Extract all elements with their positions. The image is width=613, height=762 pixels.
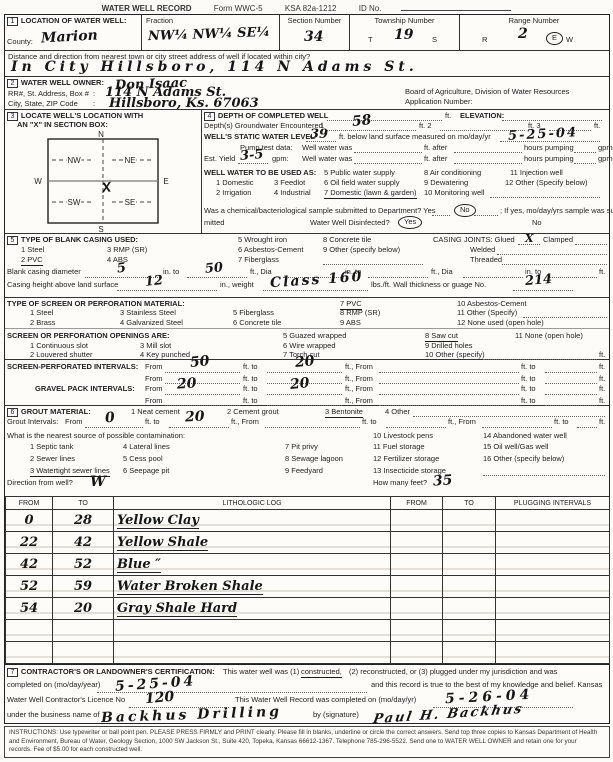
screen-material-3: 3 Stainless Steel (120, 308, 176, 317)
section2-owner-row: 2WATER WELL OWNER: Don Isaac RR#, St. Ad… (5, 77, 609, 110)
section6-heading: GROUT MATERIAL: (21, 407, 91, 416)
contamination-16-blank (483, 467, 605, 476)
gi2-to-blank (267, 397, 342, 406)
section1-number: 1 (7, 17, 18, 26)
section6-grout: 6GROUT MATERIAL: 1 Neat cement 2 Cement … (5, 406, 609, 497)
gi2-ftto-label: ft. to (243, 396, 258, 405)
range-number-label: Range Number (460, 16, 608, 25)
grout-option-2: 2 Cement grout (227, 407, 279, 416)
litho-from-value: 54 (6, 598, 53, 620)
screen-material-1: 1 Steel (30, 308, 53, 317)
casing-option-6: 6 Asbestos-Cement (238, 245, 303, 254)
range-east-circled: E (546, 32, 563, 45)
section5-number: 5 (7, 236, 18, 245)
plug-from-blank (391, 532, 443, 554)
business-name-label: under the business name of (7, 710, 100, 719)
licence-value: 120 (144, 689, 175, 707)
gi2-from2-blank (379, 397, 519, 406)
casing-diameter-label: Blank casing diameter (7, 267, 81, 276)
use-option-6: 6 Oil field water supply (324, 178, 399, 187)
diagram-nw-label: NW (67, 156, 81, 165)
use-option-7-selected: 7 Domestic (lawn & garden) (324, 188, 417, 199)
plug-to-blank (443, 598, 496, 620)
application-number-label: Application Number: (405, 97, 473, 106)
empty-cell (391, 620, 443, 642)
casing-option-7: 7 Fiberglass (238, 255, 279, 264)
litho-from-value: 0 (6, 510, 53, 532)
how-many-feet-label: How many feet? (373, 478, 427, 487)
opening-1: 1 Continuous slot (30, 341, 88, 350)
screen-material-11-blank (523, 309, 607, 318)
plug-interval-blank (496, 576, 610, 598)
fraction-label: Fraction (146, 16, 173, 25)
contamination-4: 4 Lateral lines (123, 442, 170, 451)
groundwater-ft: ft. (594, 121, 600, 130)
contamination-12: 12 Fertilizer storage (373, 454, 439, 463)
litho-col-to2: TO (443, 497, 496, 510)
screen-material-heading: TYPE OF SCREEN OR PERFORATION MATERIAL: (7, 299, 185, 308)
address-label: RR#, St. Address, Box # (8, 89, 89, 98)
gi-from-value: 20 (176, 375, 197, 392)
plug-from-blank (391, 598, 443, 620)
screen-material-11: 11 Other (Specify) (457, 308, 517, 317)
grout-to2-blank (386, 419, 446, 428)
casing-option-9: 9 Other (specify below) (323, 245, 400, 254)
static-level-value: 39 (310, 127, 328, 142)
opening-3: 3 Mill slot (140, 341, 171, 350)
range-west: W (566, 35, 573, 44)
opening-10: 10 Other (specify) (425, 350, 485, 359)
section1-location-row: 1LOCATION OF WATER WELL: County: Marion … (5, 15, 609, 51)
cert-line2a: completed on (mo/day/year) (7, 680, 100, 689)
city-value: Hillsboro, Ks. 67063 (109, 96, 259, 111)
fraction-value: NW¼ NW¼ SE¼ (148, 25, 270, 44)
pump-gpm-label: gpm (598, 143, 613, 152)
depth-ft-label: ft. (445, 111, 451, 120)
doc-title: WATER WELL RECORD (102, 4, 192, 13)
instructions-line3: records. Fee of $5.00 for each construct… (9, 746, 605, 755)
si-ftfrom-label: ft., From (345, 362, 373, 371)
gi2-ftfrom-label: ft., From (345, 396, 373, 405)
contamination-16: 16 Other (specify below) (483, 454, 564, 463)
grout-ftto-label: ft. to (145, 417, 160, 426)
county-value: Marion (41, 28, 99, 47)
contamination-2: 2 Sewer lines (30, 454, 75, 463)
distance-row: Distance and direction from nearest town… (5, 51, 609, 77)
grout-intervals-label: Grout Intervals: (7, 417, 58, 426)
section5-heading: TYPE OF BLANK CASING USED: (21, 235, 138, 244)
document-header: WATER WELL RECORD Form WWC-5 KSA 82a-121… (0, 2, 613, 13)
screen-intervals-label: SCREEN-PERFORATED INTERVALS: (7, 362, 138, 371)
gi-to-value: 20 (289, 375, 310, 393)
disinfected-no: No (532, 218, 542, 227)
use-option-10-blank (490, 189, 600, 198)
pump-hours-label: hours pumping (524, 143, 574, 152)
section6-number: 6 (7, 408, 18, 417)
screen-perforation-block: TYPE OF SCREEN OR PERFORATION MATERIAL: … (5, 298, 609, 360)
gi-ftto-label: ft. to (243, 384, 258, 393)
plug-interval-blank (496, 510, 610, 532)
contamination-14: 14 Abandoned water well (483, 431, 567, 440)
opening-2: 2 Louvered shutter (30, 350, 93, 359)
litho-col-from2: FROM (391, 497, 443, 510)
litho-row: 42 52 Blue ″ (6, 554, 610, 576)
grout-ftto3-label: ft. to (554, 417, 569, 426)
disinfected-yes-circled: Yes (398, 216, 422, 229)
litho-to-value: 42 (53, 532, 114, 554)
si2-ftfrom-label: ft., From (345, 374, 373, 383)
yield-after-label: ft. after (424, 154, 447, 163)
use-option-12: 12 Other (Specify below) (505, 178, 588, 187)
grout-option-4: 4 Other (385, 407, 410, 416)
diameter-to-value: 50 (204, 260, 224, 277)
static-level-mid: ft. below land surface measured on mo/da… (339, 132, 491, 141)
use-option-8: 8 Air conditioning (424, 168, 481, 177)
city-label: City, State, ZIP Code (8, 99, 78, 108)
casing-option-1: 1 Steel (21, 245, 44, 254)
how-many-feet-value: 35 (432, 472, 453, 489)
screen-material-4: 4 Galvanized Steel (120, 318, 183, 327)
litho-col-to: TO (53, 497, 114, 510)
gravel-intervals-label: GRAVEL PACK INTERVALS: (35, 384, 135, 393)
casing-option-3: 3 RMP (SR) (107, 245, 147, 254)
si2-from-label: From (145, 374, 163, 383)
section1-heading: LOCATION OF WATER WELL: (21, 16, 127, 25)
elevation-blank (502, 112, 602, 121)
yield-level-blank (354, 155, 422, 164)
screen-material-12: 12 None used (open hole) (457, 318, 544, 327)
welded-label: Welded (470, 245, 495, 254)
grout-from-label: From (65, 417, 83, 426)
welded-blank (497, 246, 607, 255)
empty-cell (6, 620, 53, 642)
empty-cell (53, 642, 114, 664)
yield-hours-blank (454, 155, 522, 164)
screen-material-9: 9 ABS (340, 318, 361, 327)
use-option-3: 3 Feedlot (274, 178, 305, 187)
empty-cell (6, 642, 53, 664)
groundwater-2: ft. 2 (419, 121, 432, 130)
pump-level-blank (354, 144, 422, 153)
water-well-record-form: WATER WELL RECORD Form WWC-5 KSA 82a-121… (0, 0, 613, 762)
gi-ftfrom-label: ft., From (345, 384, 373, 393)
diameter-into: in. to (163, 267, 179, 276)
groundwater-1-value: 58 (351, 112, 372, 130)
yield-gpm-blank (574, 155, 596, 164)
screen-material-6: 6 Concrete tile (233, 318, 281, 327)
opening-10-ft: ft. (599, 350, 605, 359)
diagram-se-label: SE (125, 198, 136, 207)
section4-number: 4 (204, 112, 215, 121)
gi2-ft-end: ft. (599, 396, 605, 405)
si-to-value: 20 (294, 353, 315, 371)
direction-label: Direction from well? (7, 478, 73, 487)
si2-ftto-label: ft. to (243, 374, 258, 383)
casing-option-2-selected: 2 PVC (21, 255, 43, 266)
contamination-1: 1 Septic tank (30, 442, 73, 451)
litho-col-plugging: PLUGGING INTERVALS (496, 497, 610, 510)
litho-empty-row (6, 620, 610, 642)
si-to2-blank (545, 364, 597, 373)
plug-from-blank (391, 554, 443, 576)
grout-ft-end: ft. (599, 417, 605, 426)
diagram-north-label: N (98, 130, 104, 139)
litho-to-value: 52 (53, 554, 114, 576)
pump-hours-blank (454, 144, 522, 153)
city-colon: : (93, 99, 95, 108)
instructions-line2: and Environment, Bureau of Water, Geolog… (9, 738, 605, 747)
litho-log-value: Blue ″ (117, 557, 161, 573)
threaded-blank (502, 256, 607, 265)
empty-cell (443, 620, 496, 642)
casing-joints-label: CASING JOINTS: Glued (433, 235, 515, 244)
diagram-west-label: W (34, 177, 42, 186)
contamination-6: 6 Seepage pit (123, 466, 169, 475)
si-from-label: From (145, 362, 163, 371)
pump-gpm-blank (574, 144, 596, 153)
contamination-8: 8 Sewage lagoon (285, 454, 343, 463)
use-option-5: 5 Public water supply (324, 168, 395, 177)
diameter-value: 5 (116, 260, 127, 276)
dia3-blank (463, 269, 523, 278)
grout-from3-blank (482, 419, 552, 428)
casing-option-8: 8 Concrete tile (323, 235, 371, 244)
empty-cell (443, 642, 496, 664)
gi-from2-blank (379, 386, 519, 395)
cert-line1b: (2) reconstructed, or (3) plugged under … (349, 667, 557, 676)
empty-cell (114, 620, 391, 642)
dia-ft-end: ft. (599, 267, 605, 276)
sample-no-blank (474, 207, 498, 216)
si2-ftto2-label: ft. to (521, 374, 536, 383)
empty-cell (53, 620, 114, 642)
grout-ftfrom-label: ft., From (231, 417, 259, 426)
section-box-diagram: N S W E NW NE SW SE X (8, 129, 198, 233)
id-blank-line (401, 2, 511, 11)
grout-to3-blank (577, 419, 597, 428)
range-value: 2 (518, 26, 528, 42)
litho-to-value: 59 (53, 576, 114, 598)
yield-gpm2-label: gpm (598, 154, 613, 163)
section3-heading-line1: LOCATE WELL'S LOCATION WITH (21, 111, 143, 120)
empty-cell (496, 620, 610, 642)
openings-heading: SCREEN OR PERFORATION OPENINGS ARE: (7, 331, 170, 340)
casing-option-5: 5 Wrought iron (238, 235, 287, 244)
depth-completed-blank (327, 112, 442, 121)
cert-line1a: This water well was (1) (223, 667, 299, 676)
use-option-1: 1 Domestic (216, 178, 254, 187)
opening-9: 9 Drilled holes (425, 341, 473, 350)
si2-ft-end: ft. (599, 374, 605, 383)
section3-locate-well: 3LOCATE WELL'S LOCATION WITH AN "X" IN S… (5, 110, 202, 233)
yield-wellwater-label: Well water was (302, 154, 352, 163)
plug-to-blank (443, 576, 496, 598)
diagram-sw-label: SW (68, 198, 81, 207)
si2-to2-blank (545, 375, 597, 384)
yield-label: Est. Yield (204, 154, 235, 163)
plug-to-blank (443, 510, 496, 532)
litho-col-from: FROM (6, 497, 53, 510)
pump-wellwater-label: Well water was (302, 143, 352, 152)
board-label: Board of Agriculture, Division of Water … (405, 87, 569, 96)
grout-ftto2-label: ft. to (362, 417, 377, 426)
yield-gpm-label: gpm: (272, 154, 289, 163)
empty-cell (114, 642, 391, 664)
opening-10-blank (483, 351, 597, 360)
section4-depth: 4DEPTH OF COMPLETED WELL ft. ELEVATION: … (202, 110, 607, 233)
township-number-label: Township Number (350, 16, 459, 25)
gi-from-label: From (145, 384, 163, 393)
litho-from-value: 42 (6, 554, 53, 576)
contamination-10: 10 Livestock pens (373, 431, 433, 440)
distance-value: In City Hillsboro, 114 N Adams St. (11, 59, 418, 75)
screen-material-5: 5 Fiberglass (233, 308, 274, 317)
gi2-from-label: From (145, 396, 163, 405)
screen-material-10: 10 Asbestos-Cement (457, 299, 527, 308)
empty-cell (391, 642, 443, 664)
static-level-label: WELL'S STATIC WATER LEVEL (204, 132, 315, 141)
litho-log-value: Yellow Shale (117, 535, 208, 551)
grout-ftfrom2-label: ft., From (448, 417, 476, 426)
sample-yes-blank (432, 207, 450, 216)
glued-blank (518, 236, 540, 245)
opening-11: 11 None (open hole) (515, 331, 583, 340)
use-option-11: 11 Injection well (510, 168, 563, 177)
si-from2-blank (379, 364, 519, 373)
depth-completed-label: DEPTH OF COMPLETED WELL (218, 111, 328, 120)
plug-interval-blank (496, 598, 610, 620)
id-label: ID No. (359, 4, 382, 13)
diagram-ne-label: NE (124, 156, 135, 165)
contamination-11: 11 Fuel storage (373, 442, 425, 451)
litho-empty-row (6, 642, 610, 664)
plug-from-blank (391, 576, 443, 598)
gi-ft-end: ft. (599, 384, 605, 393)
disinfected-label: Water Well Disinfected? (310, 218, 390, 227)
township-value: 19 (394, 27, 413, 43)
contamination-heading: What is the nearest source of possible c… (7, 431, 185, 440)
plug-to-blank (443, 554, 496, 576)
casing-option-other-blank (323, 256, 423, 265)
si-ftto-label: ft. to (243, 362, 258, 371)
clamped-label: Clamped (543, 235, 573, 244)
clamped-blank (575, 236, 607, 245)
plug-interval-blank (496, 532, 610, 554)
gi2-ftto2-label: ft. to (521, 396, 536, 405)
contamination-9: 9 Feedyard (285, 466, 323, 475)
section7-certification: 7CONTRACTOR'S OR LANDOWNER'S CERTIFICATI… (5, 664, 609, 729)
township-prefix: T (368, 35, 373, 44)
elevation-label: ELEVATION: (460, 111, 504, 120)
section-number-value: 34 (304, 29, 323, 45)
instructions-line1: INSTRUCTIONS: Use typewriter or ball poi… (9, 729, 605, 738)
yield-hours-label: hours pumping (524, 154, 574, 163)
lbs-label: lbs./ft. Wall thickness or guage No. (371, 280, 486, 289)
grout-to-value: 20 (185, 409, 205, 426)
ft-dia-label: ft., Dia (250, 267, 272, 276)
litho-from-value: 52 (6, 576, 53, 598)
litho-to-value: 20 (53, 598, 114, 620)
gauge-value: 214 (524, 272, 552, 289)
dia3-to-blank (549, 269, 597, 278)
diagram-south-label: S (98, 225, 103, 233)
section5-casing: 5TYPE OF BLANK CASING USED: 5 Wrought ir… (5, 234, 609, 298)
litho-to-value: 28 (53, 510, 114, 532)
opening-8-selected: 8 Saw cut (425, 331, 458, 342)
section3-4-row: 3LOCATE WELL'S LOCATION WITH AN "X" IN S… (5, 110, 609, 234)
litho-header-row: FROM TO LITHOLOGIC LOG FROM TO PLUGGING … (6, 497, 610, 510)
grout-from2-blank (265, 419, 360, 428)
contamination-15: 15 Oil well/Gas well (483, 442, 548, 451)
dia2-to-blank (368, 269, 428, 278)
instructions-footer: INSTRUCTIONS: Use typewriter or ball poi… (4, 726, 610, 758)
groundwater-label: Depth(s) Groundwater Encountered (204, 121, 323, 130)
screen-material-2: 2 Brass (30, 318, 55, 327)
gi-to2-blank (545, 386, 597, 395)
section3-heading-line2: AN "X" IN SECTION BOX: (17, 120, 108, 129)
si-ft-end: ft. (599, 362, 605, 371)
litho-log-value: Gray Shale Hard (117, 601, 237, 617)
sample-question: Was a chemical/bacteriological sample su… (204, 206, 436, 215)
use-option-9: 9 Dewatering (424, 178, 468, 187)
opening-6: 6 Wire wrapped (283, 341, 336, 350)
plug-to-blank (443, 532, 496, 554)
licence-label: Water Well Contractor's Licence No (7, 695, 125, 704)
section-number-label: Section Number (280, 16, 349, 25)
grout-option-3-selected: 3 Bentonite (325, 407, 363, 418)
empty-cell (496, 642, 610, 664)
statute-number: KSA 82a-1212 (285, 4, 337, 13)
pump-after-label: ft. after (424, 143, 447, 152)
cert-constructed-selected: constructed, (301, 667, 342, 678)
address-colon: : (93, 89, 95, 98)
contamination-7: 7 Pit privy (285, 442, 318, 451)
gi2-to2-blank (545, 397, 597, 406)
litho-row: 22 42 Yellow Shale (6, 532, 610, 554)
height-value: 12 (144, 273, 164, 290)
casing-height-label: Casing height above land surface (7, 280, 118, 289)
sample-no-circled: No (454, 204, 476, 217)
in-weight-label: in., weight (220, 280, 254, 289)
opening-5: 5 Guazed wrapped (283, 331, 346, 340)
direction-value: W (90, 474, 106, 490)
lithologic-log-table: FROM TO LITHOLOGIC LOG FROM TO PLUGGING … (5, 497, 610, 664)
threaded-label: Threaded (470, 255, 502, 264)
grout-other-blank (413, 408, 605, 417)
use-option-4: 4 Industrial (274, 188, 311, 197)
litho-row: 54 20 Gray Shale Hard (6, 598, 610, 620)
form-body: 1LOCATION OF WATER WELL: County: Marion … (4, 14, 610, 724)
county-label: County: (7, 37, 33, 46)
sample-wrap: mitted (204, 218, 224, 227)
height-blank (117, 282, 217, 291)
use-heading: WELL WATER TO BE USED AS: (204, 168, 316, 177)
plug-from-blank (391, 510, 443, 532)
litho-row: 52 59 Water Broken Shale (6, 576, 610, 598)
si-ftto2-label: ft. to (521, 362, 536, 371)
record-completed-label: This Water Well Record was completed on … (235, 695, 416, 704)
use-option-10: 10 Monitoring well (424, 188, 484, 197)
gi2-from-blank (165, 397, 240, 406)
contamination-5: 5 Cess pool (123, 454, 163, 463)
screen-material-8: 8 RMP (SR) (340, 308, 380, 317)
use-option-2: 2 Irrigation (216, 188, 251, 197)
gi-ftto2-label: ft. to (521, 384, 536, 393)
range-prefix: R (482, 35, 487, 44)
grout-from-value: 0 (104, 410, 115, 427)
section2-number: 2 (7, 79, 18, 88)
intervals-block: SCREEN-PERFORATED INTERVALS: From 50 ft.… (5, 360, 609, 406)
